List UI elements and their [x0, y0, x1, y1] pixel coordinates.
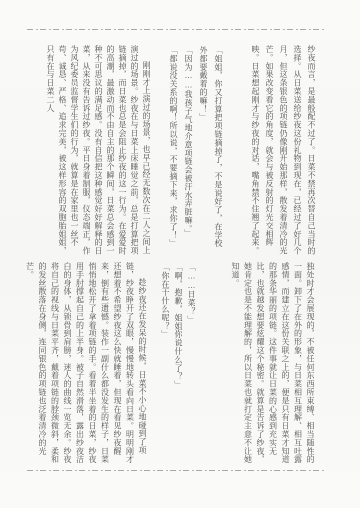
- dialogue-line: 「姐姐，你又打算把项链摘掉了，不是说好了，在学校外都要戴着的嘛！」: [196, 46, 226, 254]
- dialogue-line: 「啊，抱歉，姐姐你说什么了？」: [172, 263, 185, 395]
- top-left-paragraph-block: 刚刚才上演过的场景，也早已经无数次在二人之间上演过的场景。纱夜在与日菜上床睡觉之…: [40, 45, 152, 259]
- novel-paragraph: 纱夜而言，是最般配不过了。日菜不禁再次替自己当时的选择。从日菜送给纱夜这份礼物到…: [248, 45, 318, 257]
- bottom-dialogue-block: 「……日菜？」 「啊，抱歉，姐姐你说什么了？」 「你在干什么呢？」: [152, 263, 198, 395]
- scanned-page: 纱夜而言，是最般配不过了。日菜不禁再次替自己当时的选择。从日菜送给纱夜这份礼物到…: [0, 0, 360, 508]
- bottom-right-paragraph-block: 独处时才会展现的，不被任何东西所束缚、相当随性的一面。卸下了在外的形象，与日菜相…: [228, 262, 316, 464]
- dialogue-line: 「……日菜？」: [185, 263, 198, 395]
- novel-paragraph: 趁纱夜还在发呆的时候，日菜不小心地碰到了项链，纱夜睁开了双眼，慢慢地转头看向日菜…: [23, 262, 148, 466]
- top-dialogue-block: 「姐姐，你又打算把项链摘掉了，不是说好了，在学校外都要戴着的嘛！」 「因为……我…: [164, 46, 226, 254]
- novel-paragraph: 独处时才会展现的，不被任何东西所束缚、相当随性的一面。卸下了在外的形象，与日菜相…: [229, 262, 317, 464]
- dialogue-line: 「都说没关系的啊！所以说，不要摘下来，求你了！」: [166, 46, 181, 254]
- dialogue-line: 「你在干什么呢？」: [159, 263, 172, 395]
- page-separator-top: [27, 29, 326, 30]
- dialogue-line: 「因为……我孩子气地介意项链会被汗水弄脏嘛。」: [181, 46, 196, 254]
- page-separator-bottom: [27, 470, 326, 471]
- top-right-paragraph-block: 纱夜而言，是最般配不过了。日菜不禁再次替自己当时的选择。从日菜送给纱夜这份礼物到…: [246, 45, 318, 257]
- bottom-left-paragraph-block: 趁纱夜还在发呆的时候，日菜不小心地碰到了项链，纱夜睁开了双眼，慢慢地转头看向日菜…: [34, 262, 148, 466]
- novel-paragraph: 刚刚才上演过的场景，也早已经无数次在二人之间上演过的场景。纱夜在与日菜上床睡觉之…: [44, 45, 152, 259]
